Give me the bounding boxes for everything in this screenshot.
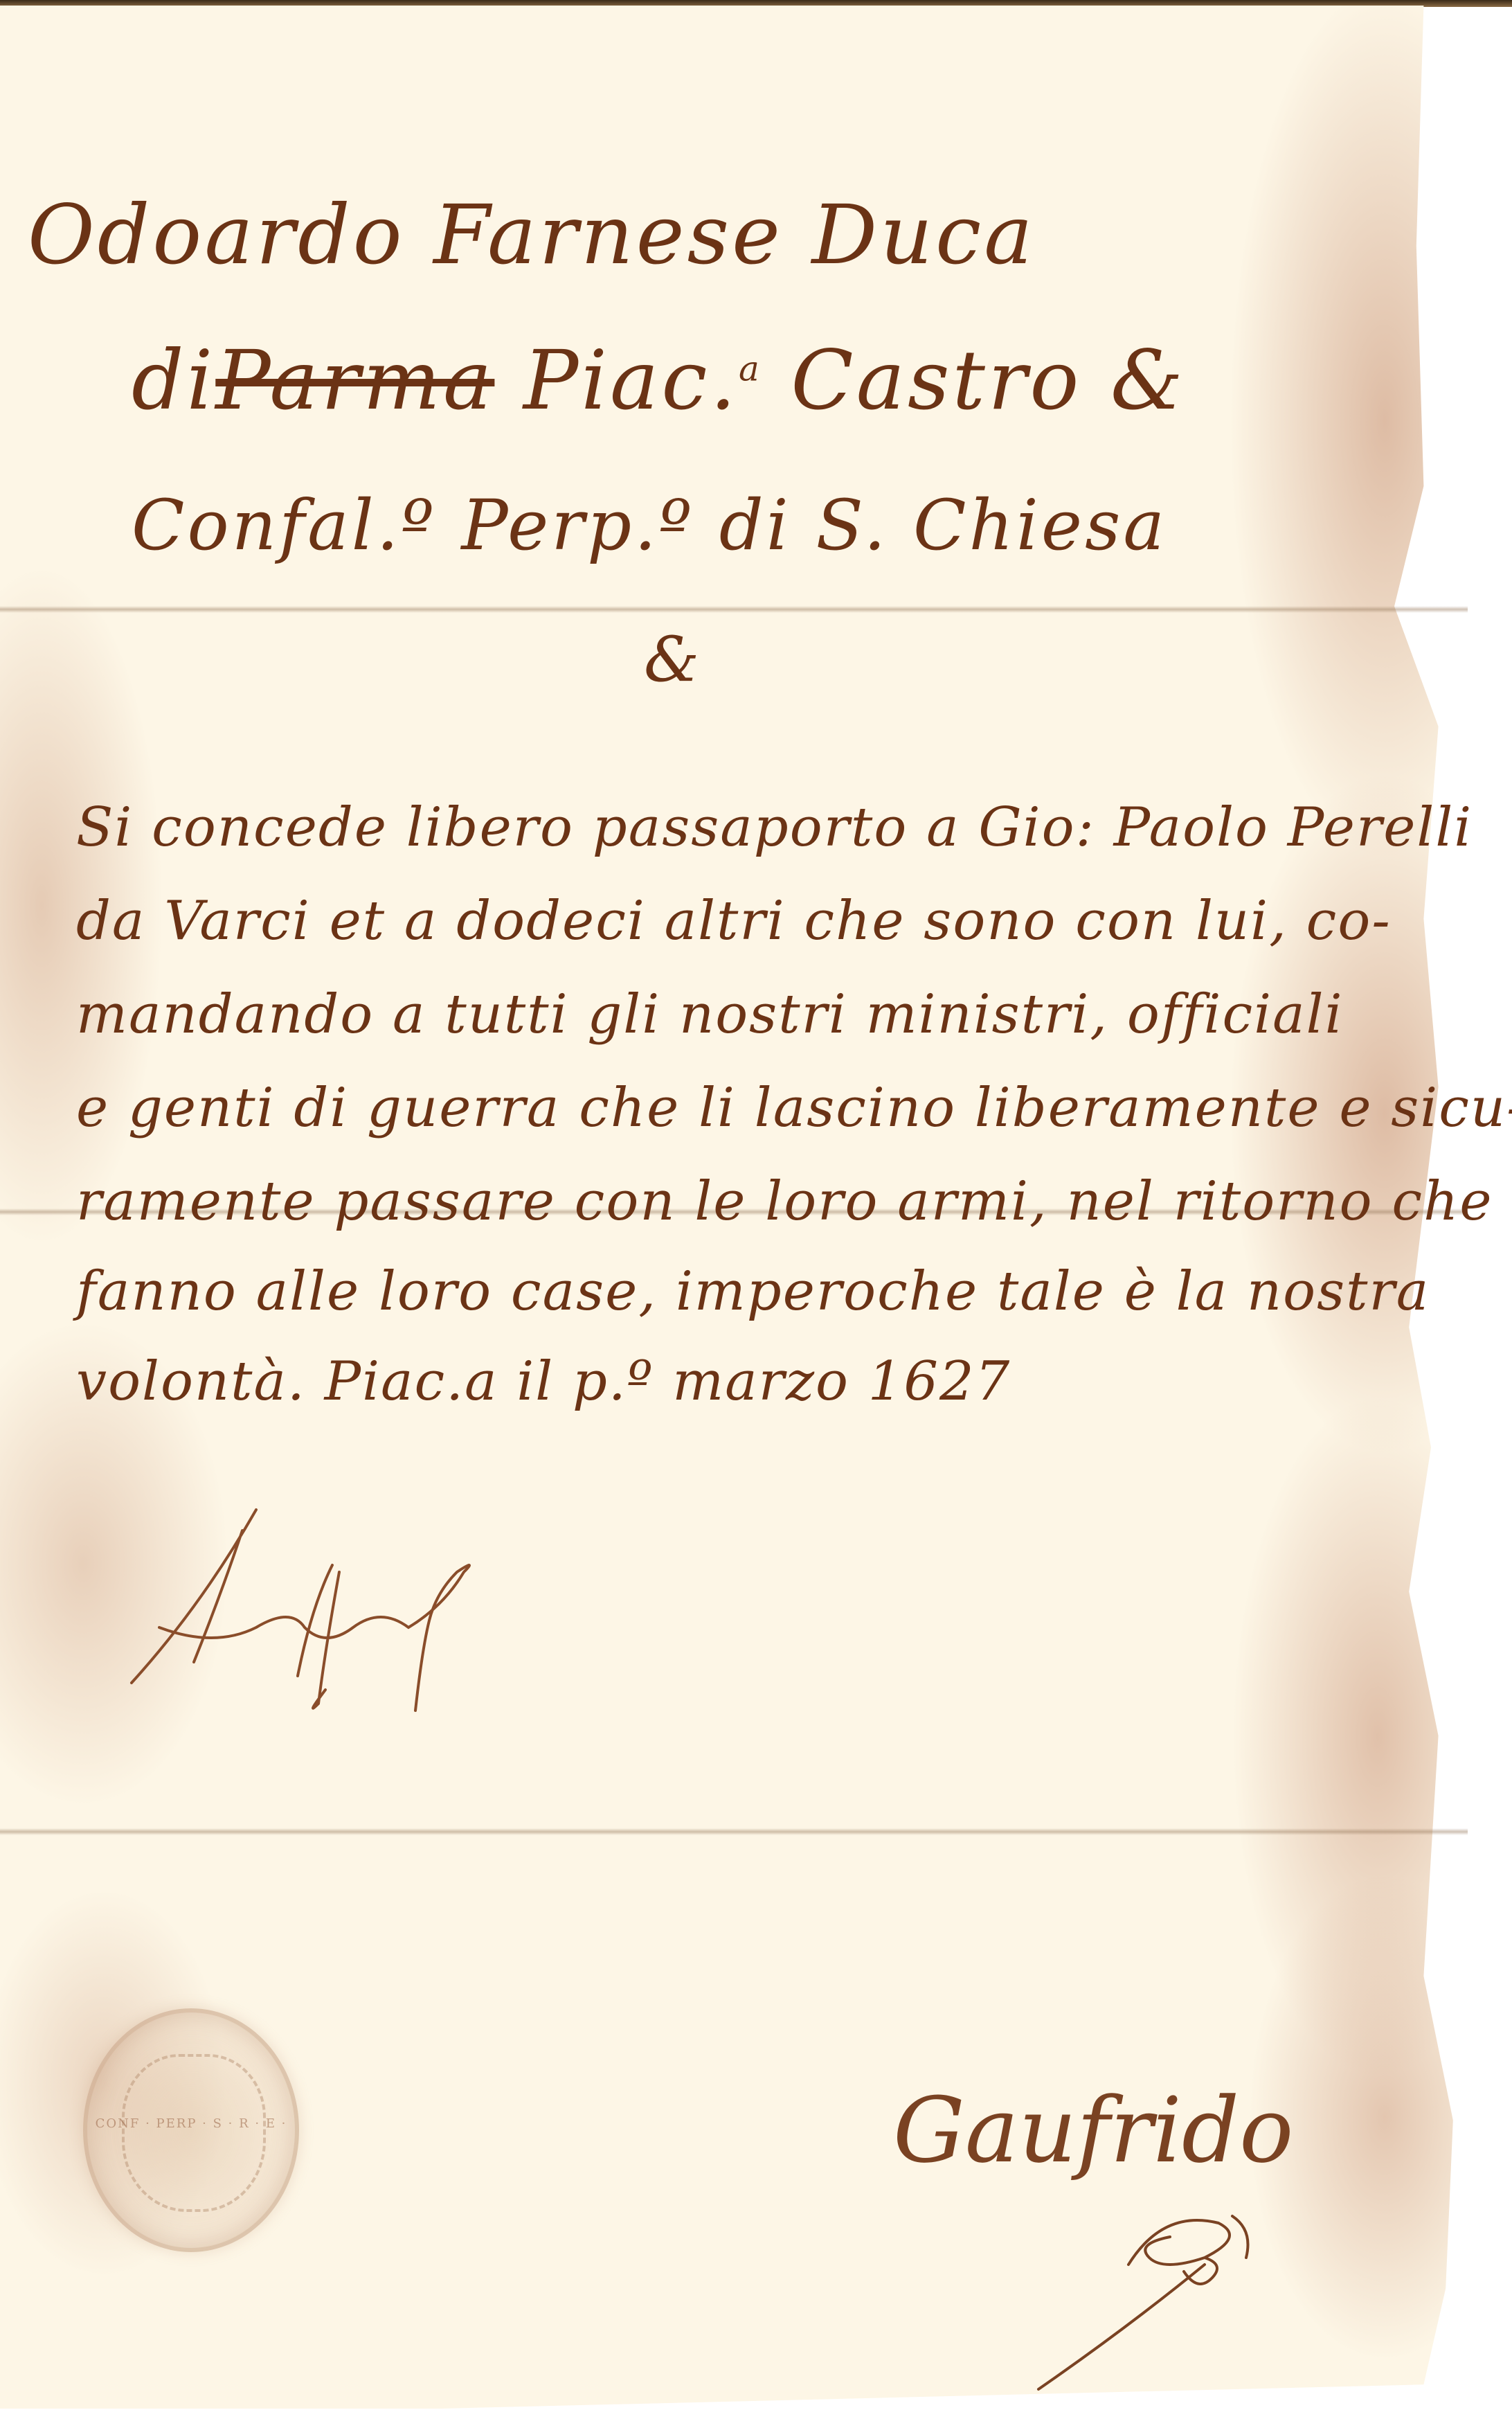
seal-coat-of-arms — [122, 2054, 266, 2212]
heading-line-3: Confal.º Perp.º di S. Chiesa — [132, 485, 1167, 566]
body-line-2: da Varci et a dodeci altri che sono con … — [76, 890, 1392, 952]
separator-mark: & — [644, 623, 699, 696]
fold-line-lower — [0, 1828, 1468, 1835]
body-line-6: fanno alle loro case, imperoche tale è l… — [76, 1260, 1430, 1323]
embossed-seal: CONF · PERP · S · R · E · — [83, 2008, 299, 2252]
heading-castro: Castro & — [791, 332, 1186, 428]
body-line-4: e genti di guerra che li lascino liberam… — [76, 1077, 1512, 1139]
heading-line-1: Odoardo Farnese Duca — [28, 187, 1036, 283]
body-line-3: mandando a tutti gli nostri ministri, of… — [76, 983, 1344, 1046]
heading-struck-parma: Parma — [215, 332, 494, 428]
heading-piac-sup: a — [739, 349, 762, 389]
heading-line-2: diParma Piac.a Castro & — [132, 332, 1186, 428]
body-line-5: ramente passare con le loro armi, nel ri… — [76, 1170, 1493, 1233]
secretary-signature: Gaufrido — [893, 2078, 1293, 2183]
seal-legend: CONF · PERP · S · R · E · — [87, 2116, 295, 2131]
body-line-1: Si concede libero passaporto a Gio: Paol… — [76, 796, 1473, 859]
heading-di: di — [132, 332, 215, 428]
heading-piac: Piac. — [523, 332, 739, 428]
body-line-7-date: volontà. Piac.a il p.º marzo 1627 — [76, 1350, 1011, 1413]
fold-line-upper — [0, 606, 1468, 613]
